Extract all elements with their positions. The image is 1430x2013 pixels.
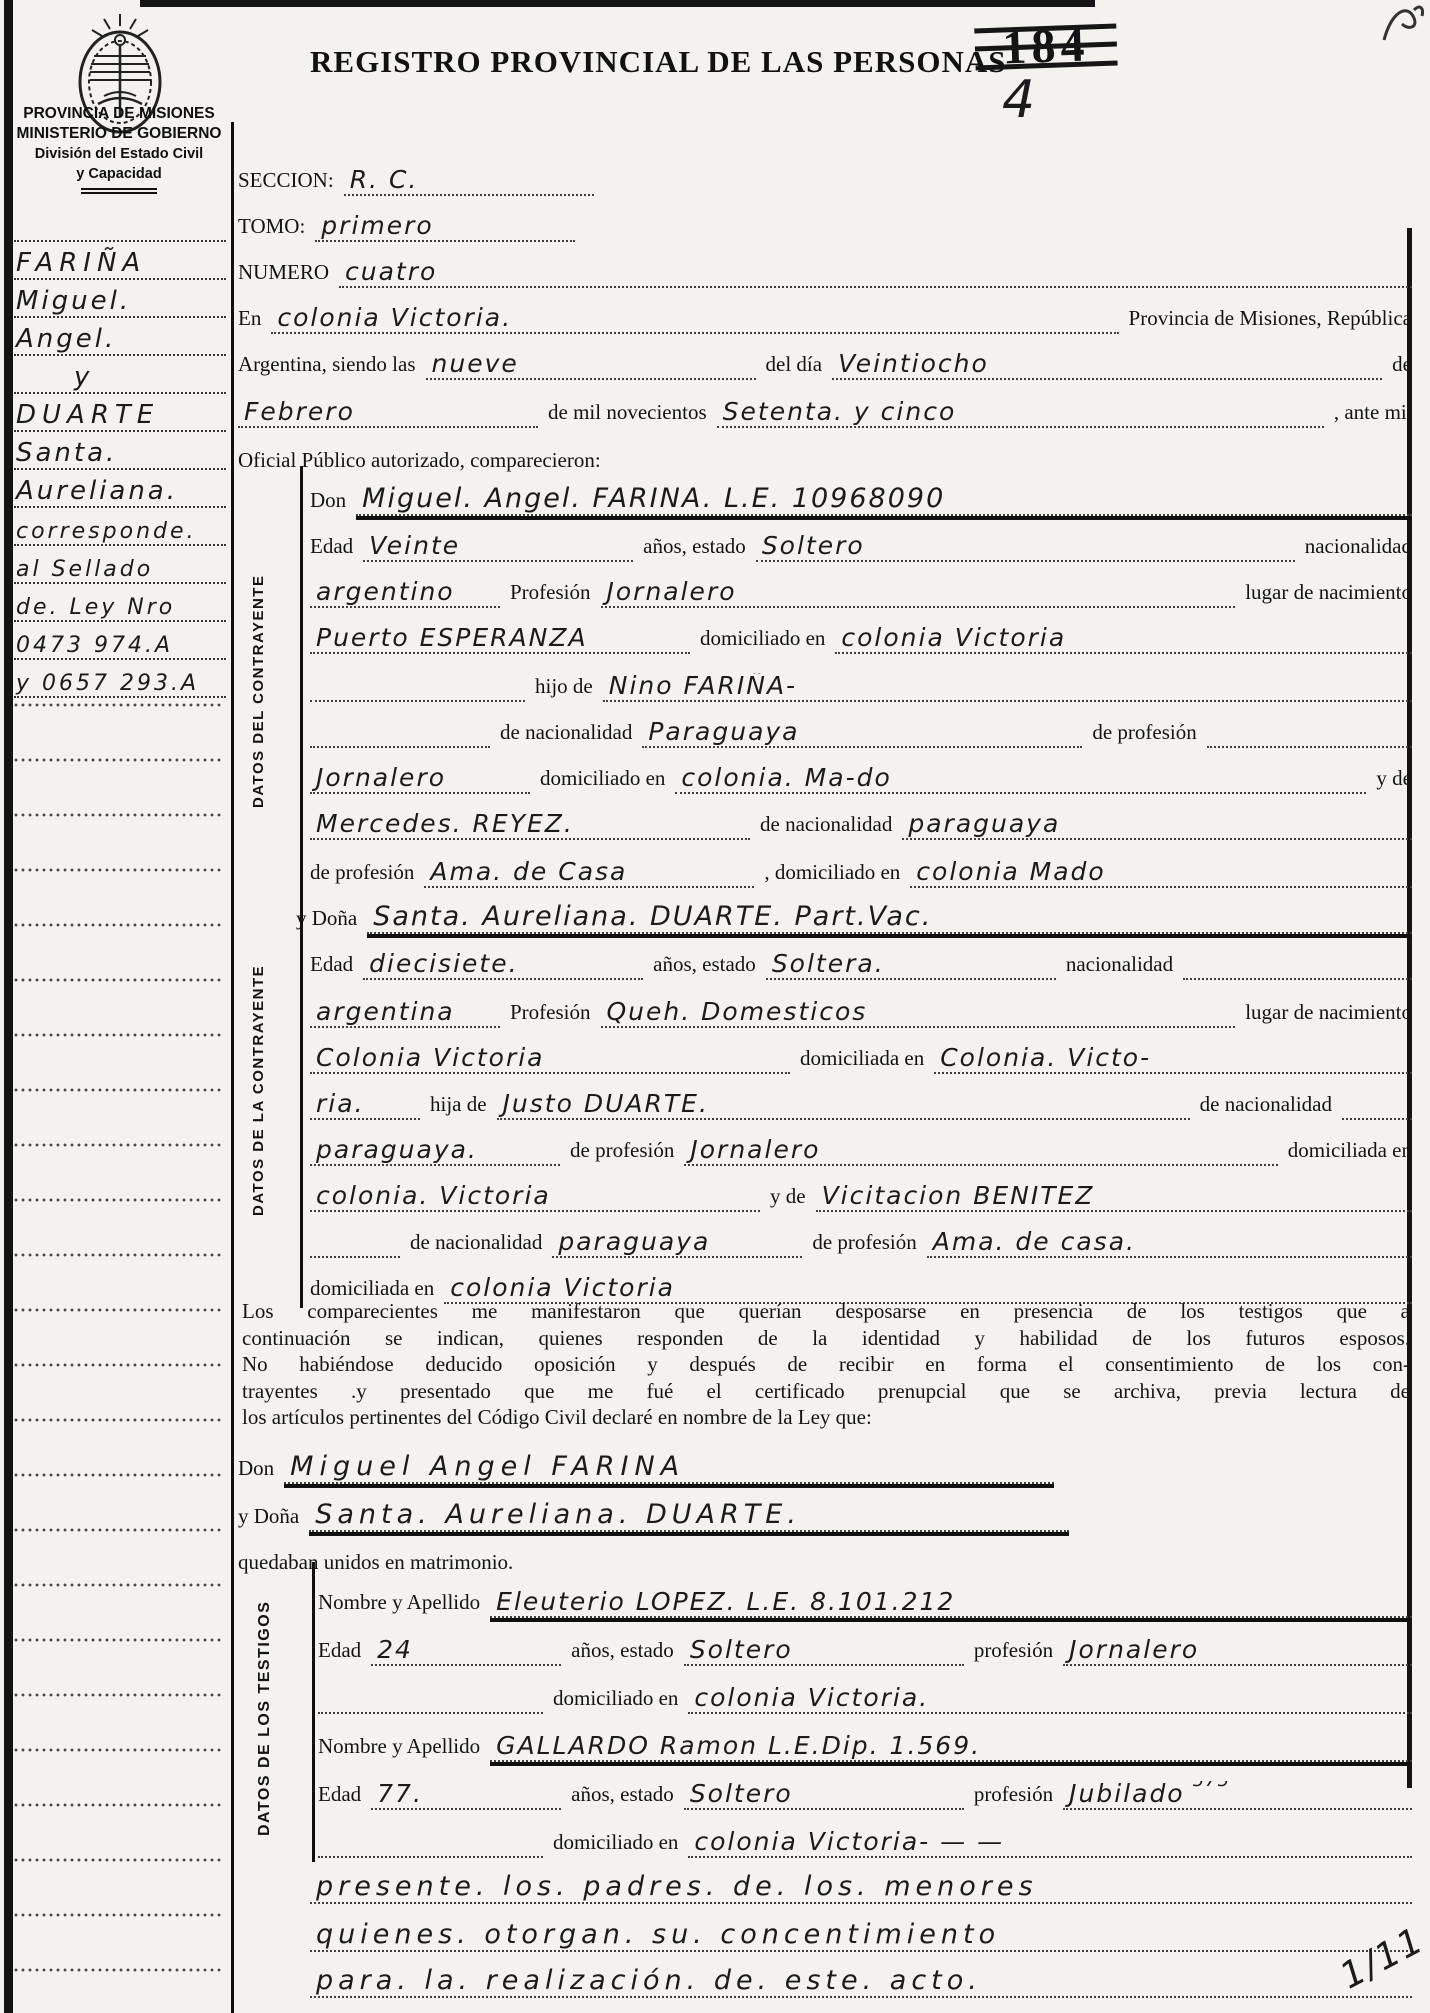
ydona-label: y Doña bbox=[238, 1504, 299, 1532]
groom-father-nac-value: Paraguaya bbox=[642, 719, 1082, 748]
bride-father-prof-value: Jornalero bbox=[684, 1137, 1277, 1166]
line-place: En colonia Victoria. Provincia de Mision… bbox=[238, 288, 1412, 334]
numero-label: NUMERO bbox=[238, 260, 329, 288]
bride-domicilio-value: Colonia. Victo- bbox=[934, 1045, 1412, 1074]
edad-label: Edad bbox=[318, 1782, 361, 1810]
witness2-age-line: Edad 77. años, estado Soltero profesión … bbox=[238, 1764, 1412, 1810]
declaration-line: No habiéndose deducido oposición y despu… bbox=[242, 1351, 1410, 1378]
declaration-paragraph: Los comparecientes me manifestaron que q… bbox=[242, 1298, 1410, 1431]
profesion-label: profesión bbox=[974, 1638, 1053, 1666]
bride-father-dom-value: colonia. Victoria bbox=[310, 1183, 760, 1212]
margin-name: Santa. bbox=[14, 432, 226, 470]
bride-profesion-value: Queh. Domesticos bbox=[601, 999, 1236, 1028]
groom-lugar-value: Puerto ESPERANZA bbox=[310, 625, 690, 654]
domiciliado-label: domiciliado en bbox=[700, 626, 825, 654]
deprof-label: de profesión bbox=[570, 1138, 674, 1166]
margin-name: de. Ley Nro bbox=[14, 584, 226, 622]
bride-mother-line: colonia. Victoria y de Vicitacion BENITE… bbox=[238, 1166, 1412, 1212]
sidebar-divider-line bbox=[231, 122, 234, 2013]
groom-edad-value: Veinte bbox=[363, 533, 633, 562]
nombre-label: Nombre y Apellido bbox=[318, 1734, 480, 1762]
groom-estado-value: Soltero bbox=[756, 533, 1295, 562]
dia-label: del día bbox=[766, 352, 823, 380]
margin-name: Miguel. bbox=[14, 280, 226, 318]
bride-birthplace-line: Colonia Victoria domiciliada en Colonia.… bbox=[238, 1028, 1412, 1074]
field-tomo: TOMO: primero bbox=[238, 196, 1412, 242]
groom-name-line: Don Miguel. Angel. FARIÑA. L.E. 10968090 bbox=[238, 470, 1412, 516]
witness2-estado-value: Soltero bbox=[684, 1781, 964, 1810]
declared-groom-name: Miguel Angel FARIÑA bbox=[284, 1453, 1054, 1484]
witness2-prof-text: Jubilado bbox=[1069, 1781, 1184, 1808]
margin-name: Angel. bbox=[14, 318, 226, 356]
denac2-label: de nacionalidad bbox=[760, 812, 892, 840]
margin-name: FARIÑA bbox=[14, 242, 226, 280]
declared-groom-line: Don Miguel Angel FARIÑA bbox=[238, 1438, 1412, 1484]
seccion-value: R. C. bbox=[344, 167, 594, 196]
witness1-edad-value: 24 bbox=[371, 1637, 561, 1666]
declaration-line: los artículos pertinentes del Código Civ… bbox=[242, 1404, 1410, 1431]
margin-dotted-rules bbox=[14, 702, 224, 2010]
witness1-name-line: Nombre y Apellido Eleuterio LOPEZ. L.E. … bbox=[238, 1572, 1412, 1618]
groom-mother-prof-value: Ama. de Casa bbox=[424, 859, 754, 888]
argentina-label: Argentina, siendo las bbox=[238, 352, 416, 380]
consent-note-value: para. la. realización. de. este. acto. bbox=[310, 1967, 1412, 1998]
consent-note-value: presente. los. padres. de. los. menores bbox=[310, 1873, 1412, 1904]
bride-nationality-line: argentina Profesión Queh. Domesticos lug… bbox=[238, 982, 1412, 1028]
day-value: Veintiocho bbox=[832, 351, 1382, 380]
deprof2-label: de profesión bbox=[812, 1230, 916, 1258]
witness2-prof-value: Jubilado575 bbox=[1063, 1781, 1412, 1810]
bride-father-profession-line: paraguaya. de profesión Jornalero domici… bbox=[238, 1120, 1412, 1166]
issuing-office-block: PROVINCIA DE MISIONES MINISTERIO DE GOBI… bbox=[10, 104, 228, 194]
declared-bride-name: Santa. Aureliana. DUARTE. bbox=[309, 1501, 1069, 1532]
hijo-label: hijo de bbox=[535, 674, 593, 702]
field-numero: NUMERO cuatro bbox=[238, 242, 1412, 288]
declaration-line: trayentes .y presentado que me fué el ce… bbox=[242, 1378, 1410, 1405]
lugar-label: lugar de nacimiento bbox=[1245, 1000, 1412, 1028]
denac2-label: de nacionalidad bbox=[410, 1230, 542, 1258]
estado-label: años, estado bbox=[653, 952, 756, 980]
org-underline bbox=[81, 188, 157, 194]
witness2-dom-value: colonia Victoria- — — bbox=[688, 1829, 1412, 1858]
blank-rule bbox=[1183, 974, 1412, 980]
bride-age-line: Edad diecisiete. años, estado Soltera. n… bbox=[238, 934, 1412, 980]
bride-nacionalidad-value: argentina bbox=[310, 999, 500, 1028]
domiciliado-label: domiciliado en bbox=[553, 1830, 678, 1858]
bride-estado-value: Soltera. bbox=[766, 951, 1056, 980]
groom-mother-nac-value: paraguaya bbox=[902, 811, 1412, 840]
witness2-name-value: GALLARDO Ramon L.E.Dip. 1.569. bbox=[490, 1733, 1412, 1762]
month-value: Febrero bbox=[238, 399, 538, 428]
bride-father-line: ria. hija de Justo DUARTE. de nacionalid… bbox=[238, 1074, 1412, 1120]
margin-name: y 0657 293.A bbox=[14, 660, 226, 698]
margin-handwritten-names: FARIÑA Miguel. Angel. y DUARTE Santa. Au… bbox=[14, 228, 226, 698]
groom-domicilio-value: colonia Victoria bbox=[835, 625, 1412, 654]
don-label: Don bbox=[310, 488, 346, 516]
witness1-estado-value: Soltero bbox=[684, 1637, 964, 1666]
domiciliado-label: domiciliado en bbox=[553, 1686, 678, 1714]
tomo-value: primero bbox=[315, 213, 575, 242]
bride-mother-nac-value: paraguaya bbox=[552, 1229, 802, 1258]
bride-lugar-value: Colonia Victoria bbox=[310, 1045, 790, 1074]
form-body: SECCION: R. C. TOMO: primero NUMERO cuat… bbox=[238, 0, 1412, 2013]
hija-label: hija de bbox=[430, 1092, 487, 1120]
estado-label: años, estado bbox=[571, 1638, 674, 1666]
groom-birthplace-line: Puerto ESPERANZA domiciliado en colonia … bbox=[238, 608, 1412, 654]
hour-value: nueve bbox=[426, 351, 756, 380]
profesion-label: Profesión bbox=[510, 580, 591, 608]
margin-name: DUARTE bbox=[14, 394, 226, 432]
groom-father-prof-value: Jornalero bbox=[310, 765, 530, 794]
witness1-age-line: Edad 24 años, estado Soltero profesión J… bbox=[238, 1620, 1412, 1666]
deprof-label: de profesión bbox=[1092, 720, 1196, 748]
witness1-dom-value: colonia Victoria. bbox=[688, 1685, 1412, 1714]
bride-domicilio2-value: ria. bbox=[310, 1091, 420, 1120]
declaration-line: continuación se indican, quienes respond… bbox=[242, 1325, 1410, 1352]
groom-father-value: Nino FARIÑA- bbox=[603, 673, 1412, 702]
estado-label: años, estado bbox=[571, 1782, 674, 1810]
witness2-edad-value: 77. bbox=[371, 1781, 561, 1810]
bride-name-line: y Doña Santa. Aureliana. DUARTE. Part.Va… bbox=[238, 888, 1412, 934]
bride-mother-profession-line: de nacionalidad paraguaya de profesión A… bbox=[238, 1212, 1412, 1258]
groom-mother-line: Mercedes. REYEZ. de nacionalidad paragua… bbox=[238, 794, 1412, 840]
margin-name: Aureliana. bbox=[14, 470, 226, 508]
consent-note-line: presente. los. padres. de. los. menores bbox=[238, 1858, 1412, 1904]
bride-mother-value: Vicitacion BENITEZ bbox=[816, 1183, 1412, 1212]
org-line: División del Estado Civil bbox=[10, 144, 228, 164]
edad-label: Edad bbox=[310, 952, 353, 980]
groom-mother-dom-value: colonia Mado bbox=[910, 859, 1412, 888]
witness2-prof-superscript: 575 bbox=[1193, 1781, 1230, 1791]
groom-father-profession-line: Jornalero domiciliado en colonia. Ma-do … bbox=[238, 748, 1412, 794]
ydona-label: y Doña bbox=[296, 906, 357, 934]
estado-label: años, estado bbox=[643, 534, 746, 562]
org-line: PROVINCIA DE MISIONES bbox=[10, 104, 228, 124]
antemi-label: , ante mi, bbox=[1334, 400, 1412, 428]
groom-mother-profession-line: de profesión Ama. de Casa , domiciliado … bbox=[238, 842, 1412, 888]
demil-label: de mil novecientos bbox=[548, 400, 707, 428]
margin-rule bbox=[14, 228, 226, 242]
bride-father-value: Justo DUARTE. bbox=[497, 1091, 1190, 1120]
witness2-domicile-line: domiciliado en colonia Victoria- — — bbox=[238, 1812, 1412, 1858]
nacionalidad-label: nacionalidad bbox=[1305, 534, 1412, 562]
witness2-name-line: Nombre y Apellido GALLARDO Ramon L.E.Dip… bbox=[238, 1716, 1412, 1762]
place-value: colonia Victoria. bbox=[271, 305, 1118, 334]
witness1-prof-value: Jornalero bbox=[1063, 1637, 1412, 1666]
blank-rule bbox=[318, 1708, 543, 1714]
domiciliada-label: domiciliada en bbox=[800, 1046, 924, 1074]
margin-name: 0473 974.A bbox=[14, 622, 226, 660]
seccion-label: SECCION: bbox=[238, 168, 334, 196]
bride-name-value: Santa. Aureliana. DUARTE. Part.Vac. bbox=[367, 903, 1412, 934]
groom-father-line: hijo de Nino FARIÑA- bbox=[238, 656, 1412, 702]
witness1-domicile-line: domiciliado en colonia Victoria. bbox=[238, 1668, 1412, 1714]
year-value: Setenta. y cinco bbox=[717, 399, 1324, 428]
groom-age-line: Edad Veinte años, estado Soltero naciona… bbox=[238, 516, 1412, 562]
declared-bride-line: y Doña Santa. Aureliana. DUARTE. bbox=[238, 1486, 1412, 1532]
deprof2-label: de profesión bbox=[310, 860, 414, 888]
bride-mother-prof-value: Ama. de casa. bbox=[927, 1229, 1412, 1258]
groom-nacionalidad-value: argentino bbox=[310, 579, 500, 608]
scan-left-edge bbox=[4, 0, 13, 2013]
don-label: Don bbox=[238, 1456, 274, 1484]
groom-name-value: Miguel. Angel. FARIÑA. L.E. 10968090 bbox=[356, 485, 1412, 516]
margin-name: al Sellado bbox=[14, 546, 226, 584]
provincia-label: Provincia de Misiones, República bbox=[1129, 306, 1412, 334]
groom-father-dom-value: colonia. Ma-do bbox=[675, 765, 1366, 794]
groom-father-nationality-line: de nacionalidad Paraguaya de profesión bbox=[238, 702, 1412, 748]
line-month-year: Febrero de mil novecientos Setenta. y ci… bbox=[238, 382, 1412, 428]
profesion-label: profesión bbox=[974, 1782, 1053, 1810]
groom-mother-value: Mercedes. REYEZ. bbox=[310, 811, 750, 840]
domiciliada2-label: domiciliada en bbox=[1288, 1138, 1412, 1166]
org-line: MINISTERIO DE GOBIERNO bbox=[10, 124, 228, 144]
profesion-label: Profesión bbox=[510, 1000, 591, 1028]
denac-label: de nacionalidad bbox=[1200, 1092, 1332, 1120]
numero-value: cuatro bbox=[339, 259, 1412, 288]
scanned-registry-page: REGISTRO PROVINCIAL DE LAS PERSONAS 184 … bbox=[0, 0, 1430, 2013]
consent-note-line: para. la. realización. de. este. acto. bbox=[238, 1952, 1412, 1998]
yde-label: y de bbox=[770, 1184, 806, 1212]
org-line: y Capacidad bbox=[10, 164, 228, 184]
witness1-name-value: Eleuterio LOPEZ. L.E. 8.101.212 bbox=[490, 1589, 1412, 1618]
bride-edad-value: diecisiete. bbox=[363, 951, 643, 980]
tomo-label: TOMO: bbox=[238, 214, 305, 242]
margin-name: corresponde. bbox=[14, 508, 226, 546]
en-label: En bbox=[238, 306, 261, 334]
margin-name: y bbox=[14, 356, 226, 394]
line-hour-day: Argentina, siendo las nueve del día Vein… bbox=[238, 334, 1412, 380]
lugar-label: lugar de nacimiento bbox=[1245, 580, 1412, 608]
bride-father-nac-value: paraguaya. bbox=[310, 1137, 560, 1166]
denac-label: de nacionalidad bbox=[500, 720, 632, 748]
groom-profesion-value: Jornalero bbox=[601, 579, 1236, 608]
edad-label: Edad bbox=[318, 1638, 361, 1666]
domiciliado2-label: domiciliado en bbox=[540, 766, 665, 794]
consent-note-line: quienes. otorgan. su. concentimiento bbox=[238, 1906, 1412, 1952]
declaration-line: Los comparecientes me manifestaron que q… bbox=[242, 1298, 1410, 1325]
field-seccion: SECCION: R. C. bbox=[238, 150, 1412, 196]
nombre-label: Nombre y Apellido bbox=[318, 1590, 480, 1618]
consent-note-value: quienes. otorgan. su. concentimiento bbox=[310, 1921, 1412, 1952]
nacionalidad-label: nacionalidad bbox=[1066, 952, 1173, 980]
domiciliado3-label: , domiciliado en bbox=[764, 860, 900, 888]
yde-label: y de bbox=[1376, 766, 1412, 794]
edad-label: Edad bbox=[310, 534, 353, 562]
groom-nationality-line: argentino Profesión Jornalero lugar de n… bbox=[238, 562, 1412, 608]
de-label: de bbox=[1392, 352, 1412, 380]
